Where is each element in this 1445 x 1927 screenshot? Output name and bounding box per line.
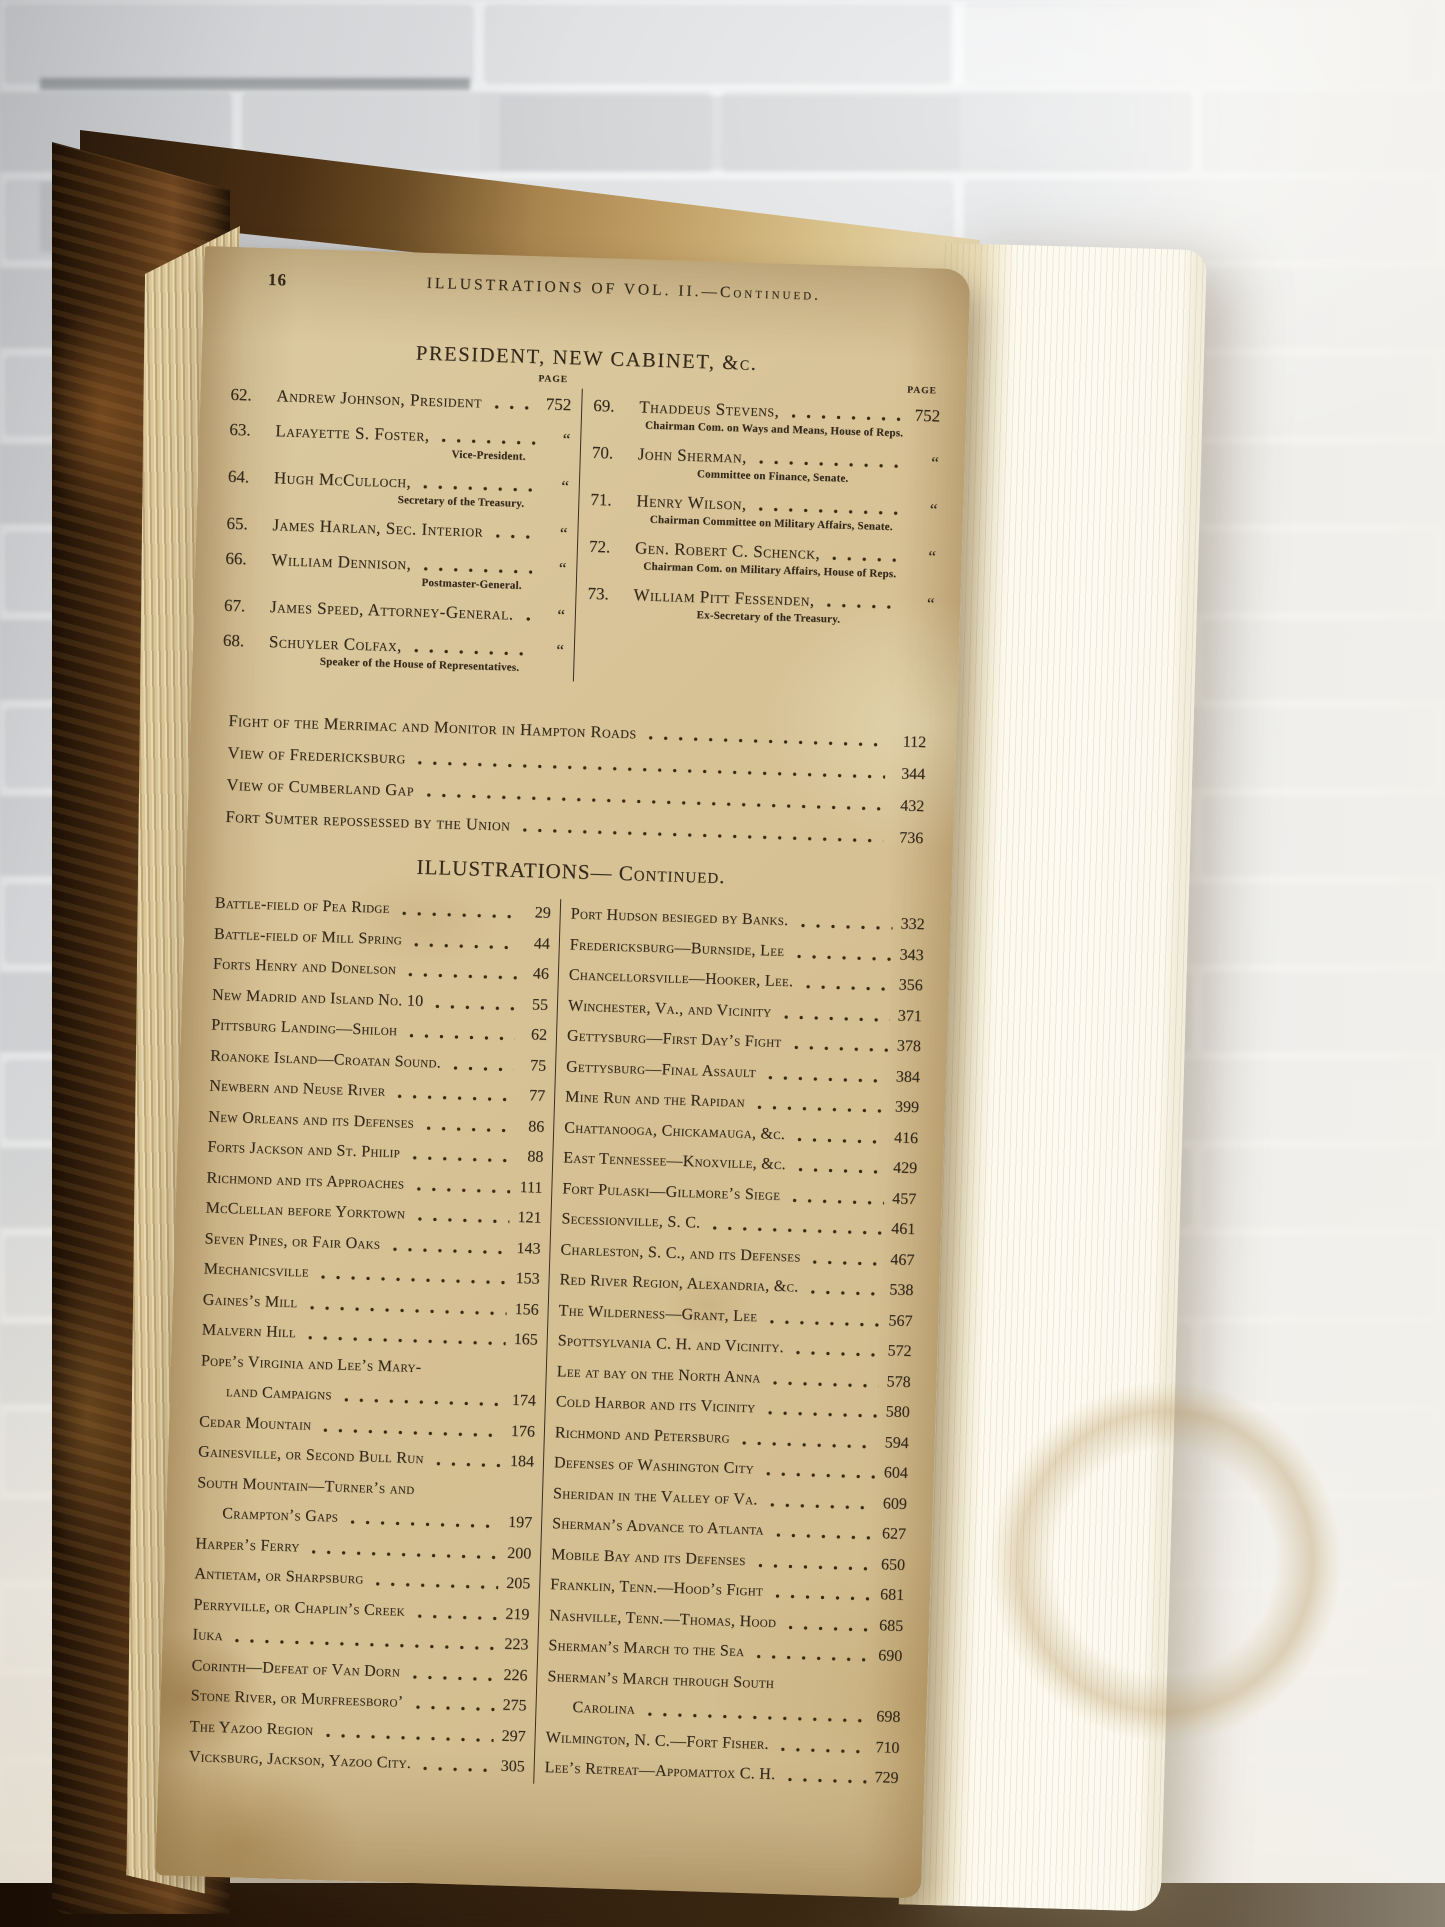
- dot-leader: [762, 1058, 888, 1092]
- page-ref: 305: [496, 1752, 525, 1783]
- dot-leader: [800, 968, 891, 1001]
- dot-leader: [448, 1048, 515, 1081]
- dot-leader: [792, 1120, 887, 1153]
- list-item: Sherman’s March through South Carolina 6…: [546, 1662, 902, 1734]
- page-ref: 205: [502, 1569, 531, 1600]
- dot-leader: [409, 925, 519, 959]
- dot-leader: [805, 1273, 882, 1306]
- page-ref: 55: [520, 989, 549, 1020]
- page-ref: “: [534, 598, 565, 632]
- dot-leader: [418, 1749, 493, 1782]
- page-ref: 297: [497, 1721, 526, 1752]
- page-ref: 384: [891, 1062, 920, 1093]
- page-ref: 29: [522, 898, 551, 929]
- page-ref: 710: [871, 1733, 900, 1764]
- illustration-title: Secessionville, S. C.: [561, 1204, 701, 1239]
- entry-name: Hugh McCulloch,: [273, 461, 411, 498]
- page-ref: 219: [501, 1599, 530, 1630]
- page-ref: 567: [884, 1306, 913, 1337]
- page-ref: 416: [890, 1123, 919, 1154]
- dot-leader: [764, 1485, 875, 1519]
- dot-leader: [490, 515, 534, 549]
- page-ref: 275: [498, 1691, 527, 1722]
- illustration-title-line2: land Campaigns: [200, 1376, 333, 1411]
- entry-number: 69.: [593, 389, 626, 423]
- illustration-title: Vicksburg, Jackson, Yazoo City.: [188, 1742, 411, 1779]
- dot-leader: [411, 1596, 497, 1629]
- plate-title: View of Cumberland Gap: [226, 769, 414, 806]
- cabinet-entry: 71. Henry Wilson, “ Chairman Committee o…: [590, 483, 938, 537]
- page-ref: 226: [499, 1660, 528, 1691]
- page-ref: 121: [513, 1203, 542, 1234]
- dot-leader: [410, 1688, 495, 1721]
- page-ref: 378: [892, 1031, 921, 1062]
- page-ref: 344: [889, 758, 926, 790]
- illustration-title-line2: Carolina: [546, 1692, 635, 1725]
- cabinet-entry: 64. Hugh McCulloch, “ Secretary of the T…: [227, 460, 569, 513]
- page-ref: “: [536, 551, 567, 585]
- page-ref: 112: [890, 726, 927, 758]
- cabinet-entry: 66. William Dennison, “ Postmaster-Gener…: [225, 542, 567, 595]
- cabinet-right-column: PAGE 69. Thaddeus Stevens, 752 Chairman …: [573, 389, 941, 693]
- dot-leader: [345, 1503, 501, 1538]
- page-ref: “: [537, 516, 568, 550]
- dot-leader: [488, 386, 537, 420]
- dot-leader: [795, 906, 893, 939]
- page-ref: 399: [891, 1092, 920, 1123]
- dot-leader: [736, 1423, 877, 1458]
- cabinet-columns: PAGE 62. Andrew Johnson, President 752: [222, 378, 941, 693]
- dot-leader: [430, 1444, 502, 1477]
- book-photo: 16 ILLUSTRATIONS OF VOL. II.—Continued. …: [0, 0, 1445, 1927]
- entry-number: 68.: [222, 624, 255, 658]
- dot-leader: [751, 1637, 871, 1671]
- page-ref: “: [904, 587, 935, 621]
- page-ref: 538: [885, 1275, 914, 1306]
- page-ref: 343: [895, 940, 924, 971]
- page-ref: 432: [888, 790, 925, 822]
- dot-leader: [767, 1363, 879, 1397]
- entry-number: 70.: [591, 436, 624, 470]
- dot-leader: [407, 1657, 496, 1690]
- page-ref: 604: [879, 1458, 908, 1489]
- page-ref: 111: [514, 1172, 543, 1203]
- dot-leader: [778, 997, 890, 1031]
- plate-title: View of Fredericksburg: [227, 737, 406, 773]
- page-ref: 752: [910, 399, 941, 433]
- page-ref: 184: [506, 1447, 535, 1478]
- page-ref: 176: [506, 1416, 535, 1447]
- page-ref: 729: [870, 1763, 899, 1794]
- entry-name: Lafayette S. Foster,: [275, 414, 430, 452]
- page-ref: “: [533, 633, 564, 667]
- folio-number: 16: [268, 270, 288, 291]
- entry-number: 72.: [589, 530, 622, 564]
- dot-leader: [392, 1077, 514, 1111]
- page-ref: 736: [887, 822, 924, 854]
- dot-leader: [764, 1302, 881, 1336]
- dot-leader: [775, 1730, 868, 1763]
- page-ref: “: [540, 422, 571, 456]
- page-ref: 223: [500, 1630, 529, 1661]
- page-ref: 86: [516, 1111, 545, 1142]
- illustration-columns: Battle-field of Pea Ridge 29 Battle-fiel…: [188, 889, 925, 1795]
- cabinet-entry: 72. Gen. Robert C. Schenck, “ Chairman C…: [588, 530, 936, 584]
- cabinet-entry: 70. John Sherman, “ Committee on Finance…: [591, 436, 939, 490]
- entry-number: 65.: [226, 507, 259, 541]
- entry-number: 73.: [587, 577, 620, 611]
- page-ref: “: [908, 446, 939, 480]
- page-ref: “: [907, 493, 938, 527]
- page-ref: “: [538, 469, 569, 503]
- dot-leader: [412, 1200, 510, 1233]
- dot-leader: [788, 1028, 889, 1062]
- dot-leader: [411, 1169, 511, 1203]
- page-ref: 685: [875, 1611, 904, 1642]
- page-ref: 371: [893, 1001, 922, 1032]
- page-content: 16 ILLUSTRATIONS OF VOL. II.—Continued. …: [155, 246, 970, 1899]
- page-ref: 681: [876, 1580, 905, 1611]
- entry-name: Andrew Johnson, President: [276, 379, 483, 418]
- dot-leader: [752, 1546, 873, 1580]
- page-ref: 650: [877, 1550, 906, 1581]
- page-ref: “: [905, 540, 936, 574]
- dot-leader: [404, 1016, 516, 1050]
- list-item: South Mountain—Turner’s and Crampton’s G…: [196, 1468, 534, 1539]
- dot-leader: [807, 1242, 883, 1275]
- page-ref: 197: [504, 1508, 533, 1539]
- dot-leader: [396, 894, 519, 928]
- page-ref: 46: [520, 959, 549, 990]
- cabinet-entry: 68. Schuyler Colfax, “ Speaker of the Ho…: [222, 624, 564, 677]
- illustration-title: Iuka: [192, 1620, 223, 1651]
- cabinet-entry: 63. Lafayette S. Foster, “ Vice-Presiden…: [229, 413, 571, 466]
- page-ref: 609: [878, 1489, 907, 1520]
- illustration-title: Harper’s Ferry: [195, 1529, 300, 1563]
- dot-leader: [520, 598, 531, 631]
- page-ref: 690: [874, 1641, 903, 1672]
- dot-leader: [407, 1139, 512, 1173]
- illustration-title: The Yazoo Region: [189, 1712, 314, 1746]
- page-ref: 594: [880, 1428, 909, 1459]
- dot-leader: [370, 1565, 499, 1599]
- dot-leader: [421, 1109, 513, 1142]
- dot-leader: [751, 1088, 887, 1123]
- dot-leader: [790, 1333, 880, 1366]
- page-ref: 156: [510, 1294, 539, 1325]
- illustration-title: Perryville, or Chaplin’s Creek: [193, 1590, 405, 1627]
- page-ref: 77: [517, 1081, 546, 1112]
- dot-leader: [762, 1394, 878, 1428]
- page-ref: 44: [521, 929, 550, 960]
- illustrations-right-column: Port Hudson besieged by Banks. 332 Frede…: [533, 899, 925, 1794]
- illustration-title: Gaines’s Mill: [202, 1285, 298, 1318]
- dot-leader: [770, 1516, 874, 1550]
- page-column-label: PAGE: [907, 386, 937, 397]
- cabinet-entry: 69. Thaddeus Stevens, 752 Chairman Com. …: [593, 389, 941, 443]
- list-item: Pope’s Virginia and Lee’s Mary- land Cam…: [200, 1346, 538, 1417]
- page-ref: 578: [882, 1367, 911, 1398]
- cabinet-left-column: PAGE 62. Andrew Johnson, President 752: [222, 378, 576, 681]
- book-page: 16 ILLUSTRATIONS OF VOL. II.—Continued. …: [155, 246, 970, 1899]
- illustration-title-line2: Crampton’s Gaps: [196, 1498, 339, 1533]
- page-ref: 457: [888, 1184, 917, 1215]
- entry-name: William Dennison,: [271, 543, 412, 580]
- page-ref: 580: [881, 1397, 910, 1428]
- dot-leader: [770, 1577, 873, 1611]
- plate-list: Fight of the Merrimac and Monitor in Ham…: [217, 705, 931, 855]
- cabinet-entry: 73. William Pitt Fessenden, “ Ex-Secreta…: [587, 577, 935, 631]
- dot-leader: [430, 987, 516, 1020]
- illustration-title: Mechanicsville: [203, 1254, 309, 1288]
- page-ref: 174: [507, 1386, 536, 1417]
- illustrations-section-title: ILLUSTRATIONS— Continued.: [216, 849, 926, 896]
- entry-number: 63.: [229, 413, 262, 447]
- page-ref: 88: [515, 1142, 544, 1173]
- page-ref: 165: [509, 1325, 538, 1356]
- dot-leader: [387, 1230, 509, 1264]
- illustration-title: Malvern Hill: [201, 1315, 296, 1348]
- page-ref: 75: [518, 1050, 547, 1081]
- page-ref: 356: [894, 970, 923, 1001]
- page-ref: 143: [512, 1233, 541, 1264]
- page-column-label: PAGE: [538, 374, 568, 385]
- illustration-title: Lee’s Retreat—Appomattox C. H.: [544, 1753, 776, 1791]
- dot-leader: [760, 1455, 876, 1489]
- dot-leader: [338, 1381, 504, 1417]
- page-header: 16 ILLUSTRATIONS OF VOL. II.—Continued.: [233, 269, 944, 319]
- page-ref: 153: [511, 1264, 540, 1295]
- entry-number: 67.: [224, 589, 257, 623]
- page-ref: 572: [883, 1336, 912, 1367]
- illustration-title: Cedar Mountain: [199, 1407, 312, 1441]
- dot-leader: [403, 955, 518, 989]
- dot-leader: [791, 937, 892, 971]
- dot-leader: [783, 1608, 872, 1641]
- page-ref: 62: [519, 1020, 548, 1051]
- page-ref: 429: [889, 1153, 918, 1184]
- dot-leader: [787, 1181, 885, 1214]
- dot-leader: [782, 1760, 867, 1793]
- dot-leader: [792, 1150, 885, 1183]
- page-ref: 332: [896, 909, 925, 940]
- page-ref: 752: [541, 387, 572, 421]
- entry-number: 71.: [590, 483, 623, 517]
- page-ref: 461: [887, 1214, 916, 1245]
- entry-number: 64.: [227, 460, 260, 494]
- entry-name: James Harlan, Sec. Interior: [272, 508, 484, 547]
- illustrations-left-column: Battle-field of Pea Ridge 29 Battle-fiel…: [188, 889, 556, 1784]
- entry-name: James Speed, Attorney-General.: [270, 590, 515, 630]
- page-ref: 467: [886, 1245, 915, 1276]
- running-header: ILLUSTRATIONS OF VOL. II.—Continued.: [234, 269, 944, 309]
- entry-number: 62.: [230, 378, 263, 412]
- cabinet-section-title: PRESIDENT, NEW CABINET, &c.: [232, 337, 942, 382]
- page-ref: 627: [878, 1519, 907, 1550]
- page-ref: 698: [872, 1702, 901, 1733]
- page-ref: 200: [503, 1538, 532, 1569]
- entry-number: 66.: [225, 542, 258, 576]
